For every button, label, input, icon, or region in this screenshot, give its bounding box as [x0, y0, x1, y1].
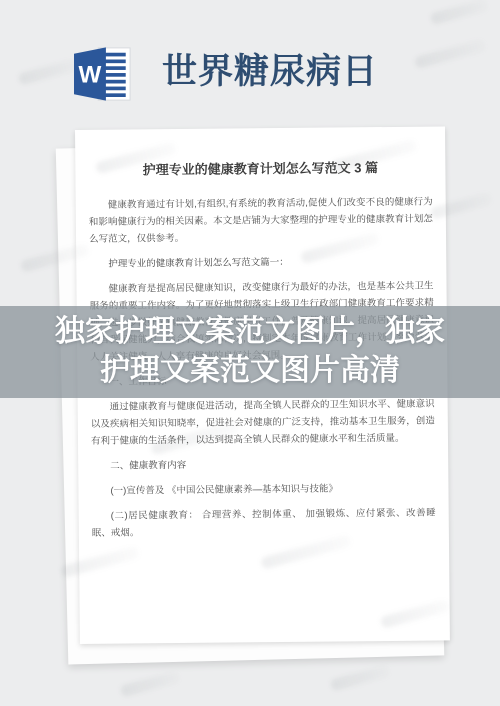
page-title: 世界糖尿病日 [162, 46, 378, 98]
watermark [329, 664, 390, 691]
watermark [414, 39, 487, 69]
watermark [17, 58, 78, 85]
headline-banner: 独家护理文案范文图片，独家 护理文案范文图片高清 [0, 306, 500, 398]
document-item-1: (一)宣传普及 《中国公民健康素养—基本知识与技能》 [91, 480, 435, 500]
watermark [119, 670, 180, 697]
article-image: W 世界糖尿病日 护理专业的健康教育计划怎么写范文 3 篇 健康教育通过有计划,… [0, 0, 500, 706]
document-heading-part1: 护理专业的健康教育计划怎么写范文篇一： [89, 253, 433, 273]
document-item-2: (二)居民健康教育： 合理营养、控制体重、 加强锻炼、应付紧张、改善睡眠、戒烟。 [92, 505, 436, 542]
word-icon: W [72, 45, 134, 103]
headline-line-1: 独家护理文案范文图片，独家 [0, 312, 500, 351]
document-heading-content: 二、健康教育内容 [91, 455, 435, 475]
word-icon-letter: W [79, 62, 102, 89]
headline-line-2: 护理文案范文图片高清 [0, 351, 500, 390]
watermark [429, 0, 488, 25]
document-paragraph-intro: 健康教育通过有计划,有组织,有系统的教育活动,促使人们改变不良的健康行为和影响健… [89, 194, 433, 248]
document-paragraph-goal: 通过健康教育与健康促进活动，提高全镇人民群众的卫生知识水平、健康意识以及疾病相关… [91, 396, 435, 450]
